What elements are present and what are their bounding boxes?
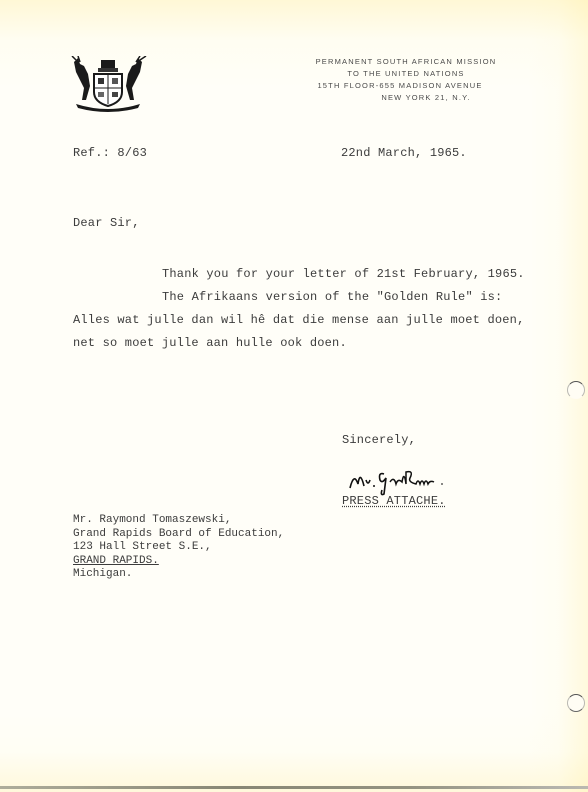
address-line: Grand Rapids Board of Education, xyxy=(73,528,284,542)
address-line: 123 Hall Street S.E., xyxy=(73,541,284,555)
sender-title: PRESS ATTACHE. xyxy=(342,494,446,508)
address-line: Michigan. xyxy=(73,568,284,582)
body-line: Thank you for your letter of 21st Februa… xyxy=(162,267,525,281)
letterhead-line: PERMANENT SOUTH AFRICAN MISSION xyxy=(296,56,516,68)
letterhead: PERMANENT SOUTH AFRICAN MISSION TO THE U… xyxy=(296,56,516,104)
salutation: Dear Sir, xyxy=(73,216,140,230)
reference-number: Ref.: 8/63 xyxy=(73,146,147,160)
letterhead-line: NEW YORK 21, N.Y. xyxy=(336,92,516,104)
signature-icon xyxy=(346,462,456,496)
closing: Sincerely, xyxy=(342,433,416,447)
punch-hole-icon xyxy=(567,381,585,399)
coat-of-arms-icon xyxy=(68,56,148,112)
page-edge xyxy=(0,786,588,789)
letterhead-line: TO THE UNITED NATIONS xyxy=(296,68,516,80)
letter-page: PERMANENT SOUTH AFRICAN MISSION TO THE U… xyxy=(0,0,588,792)
address-line: Mr. Raymond Tomaszewski, xyxy=(73,514,284,528)
punch-hole-icon xyxy=(567,694,585,712)
letterhead-line: 15TH FLOOR-655 MADISON AVENUE xyxy=(284,80,516,92)
body-line: Alles wat julle dan wil hê dat die mense… xyxy=(73,313,524,327)
letter-date: 22nd March, 1965. xyxy=(341,146,467,160)
address-line: GRAND RAPIDS. xyxy=(73,555,284,569)
body-line: The Afrikaans version of the "Golden Rul… xyxy=(162,290,502,304)
recipient-address: Mr. Raymond Tomaszewski, Grand Rapids Bo… xyxy=(73,514,284,582)
body-line: net so moet julle aan hulle ook doen. xyxy=(73,336,347,350)
